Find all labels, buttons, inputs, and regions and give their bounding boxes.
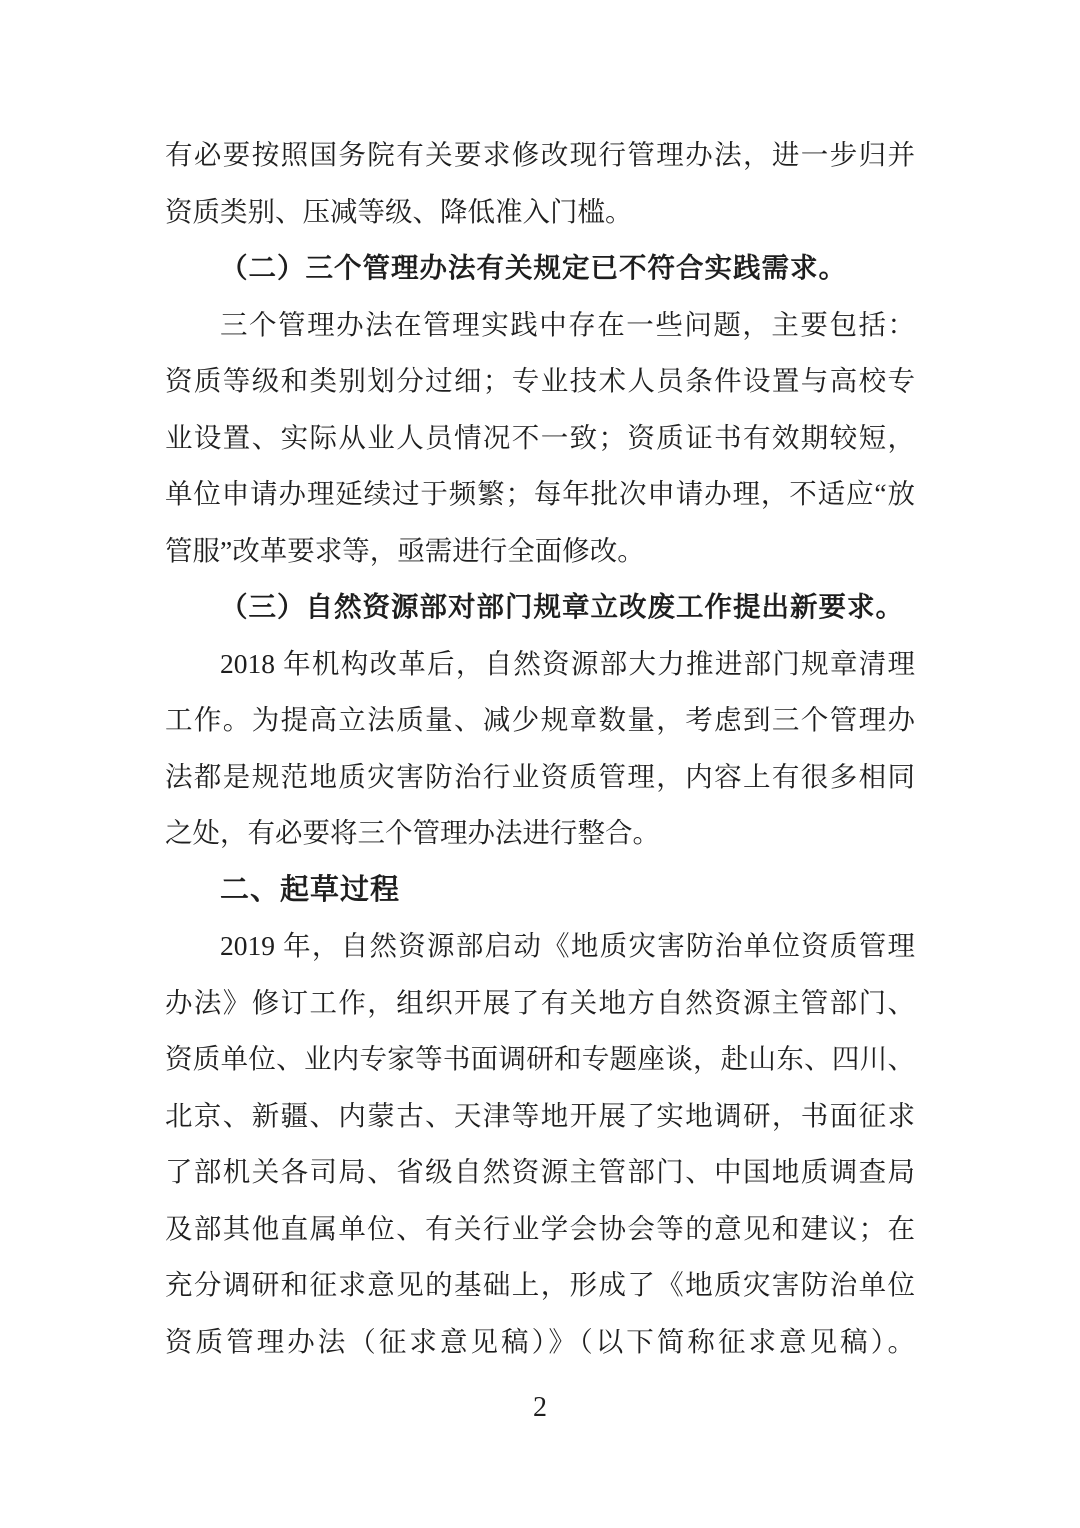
text-line-15: 2019 年，自然资源部启动《地质灾害防治单位资质管理 [165, 918, 915, 975]
page-number: 2 [0, 1388, 1080, 1428]
document-body: 有必要按照国务院有关要求修改现行管理办法，进一步归并 资质类别、压减等级、降低准… [165, 127, 915, 1370]
section-heading-three: （三）自然资源部对部门规章立改废工作提出新要求。 [165, 579, 915, 636]
text-line-04: 三个管理办法在管理实践中存在一些问题，主要包括： [165, 297, 915, 354]
text-line-20: 及部其他直属单位、有关行业学会协会等的意见和建议；在 [165, 1201, 915, 1258]
section-heading-drafting-process: 二、起草过程 [165, 862, 915, 919]
text-line-11: 工作。为提高立法质量、减少规章数量，考虑到三个管理办 [165, 692, 915, 749]
text-line-18: 北京、新疆、内蒙古、天津等地开展了实地调研，书面征求 [165, 1088, 915, 1145]
text-line-21: 充分调研和征求意见的基础上，形成了《地质灾害防治单位 [165, 1257, 915, 1314]
text-line-10: 2018 年机构改革后，自然资源部大力推进部门规章清理 [165, 636, 915, 693]
text-line-12: 法都是规范地质灾害防治行业资质管理，内容上有很多相同 [165, 749, 915, 806]
text-line-13: 之处，有必要将三个管理办法进行整合。 [165, 805, 915, 862]
section-heading-two: （二）三个管理办法有关规定已不符合实践需求。 [165, 240, 915, 297]
text-line-22: 资质管理办法（征求意见稿）》（以下简称征求意见稿）。 [165, 1314, 915, 1371]
text-line-19: 了部机关各司局、省级自然资源主管部门、中国地质调查局 [165, 1144, 915, 1201]
text-line-02: 资质类别、压减等级、降低准入门槛。 [165, 184, 915, 241]
text-line-17: 资质单位、业内专家等书面调研和专题座谈，赴山东、四川、 [165, 1031, 915, 1088]
text-line-16: 办法》修订工作，组织开展了有关地方自然资源主管部门、 [165, 975, 915, 1032]
text-line-01: 有必要按照国务院有关要求修改现行管理办法，进一步归并 [165, 127, 915, 184]
text-line-07: 单位申请办理延续过于频繁；每年批次申请办理，不适应“放 [165, 466, 915, 523]
text-line-05: 资质等级和类别划分过细；专业技术人员条件设置与高校专 [165, 353, 915, 410]
text-line-08: 管服”改革要求等，亟需进行全面修改。 [165, 523, 915, 580]
text-line-06: 业设置、实际从业人员情况不一致；资质证书有效期较短， [165, 410, 915, 467]
document-page: 有必要按照国务院有关要求修改现行管理办法，进一步归并 资质类别、压减等级、降低准… [0, 0, 1080, 1528]
